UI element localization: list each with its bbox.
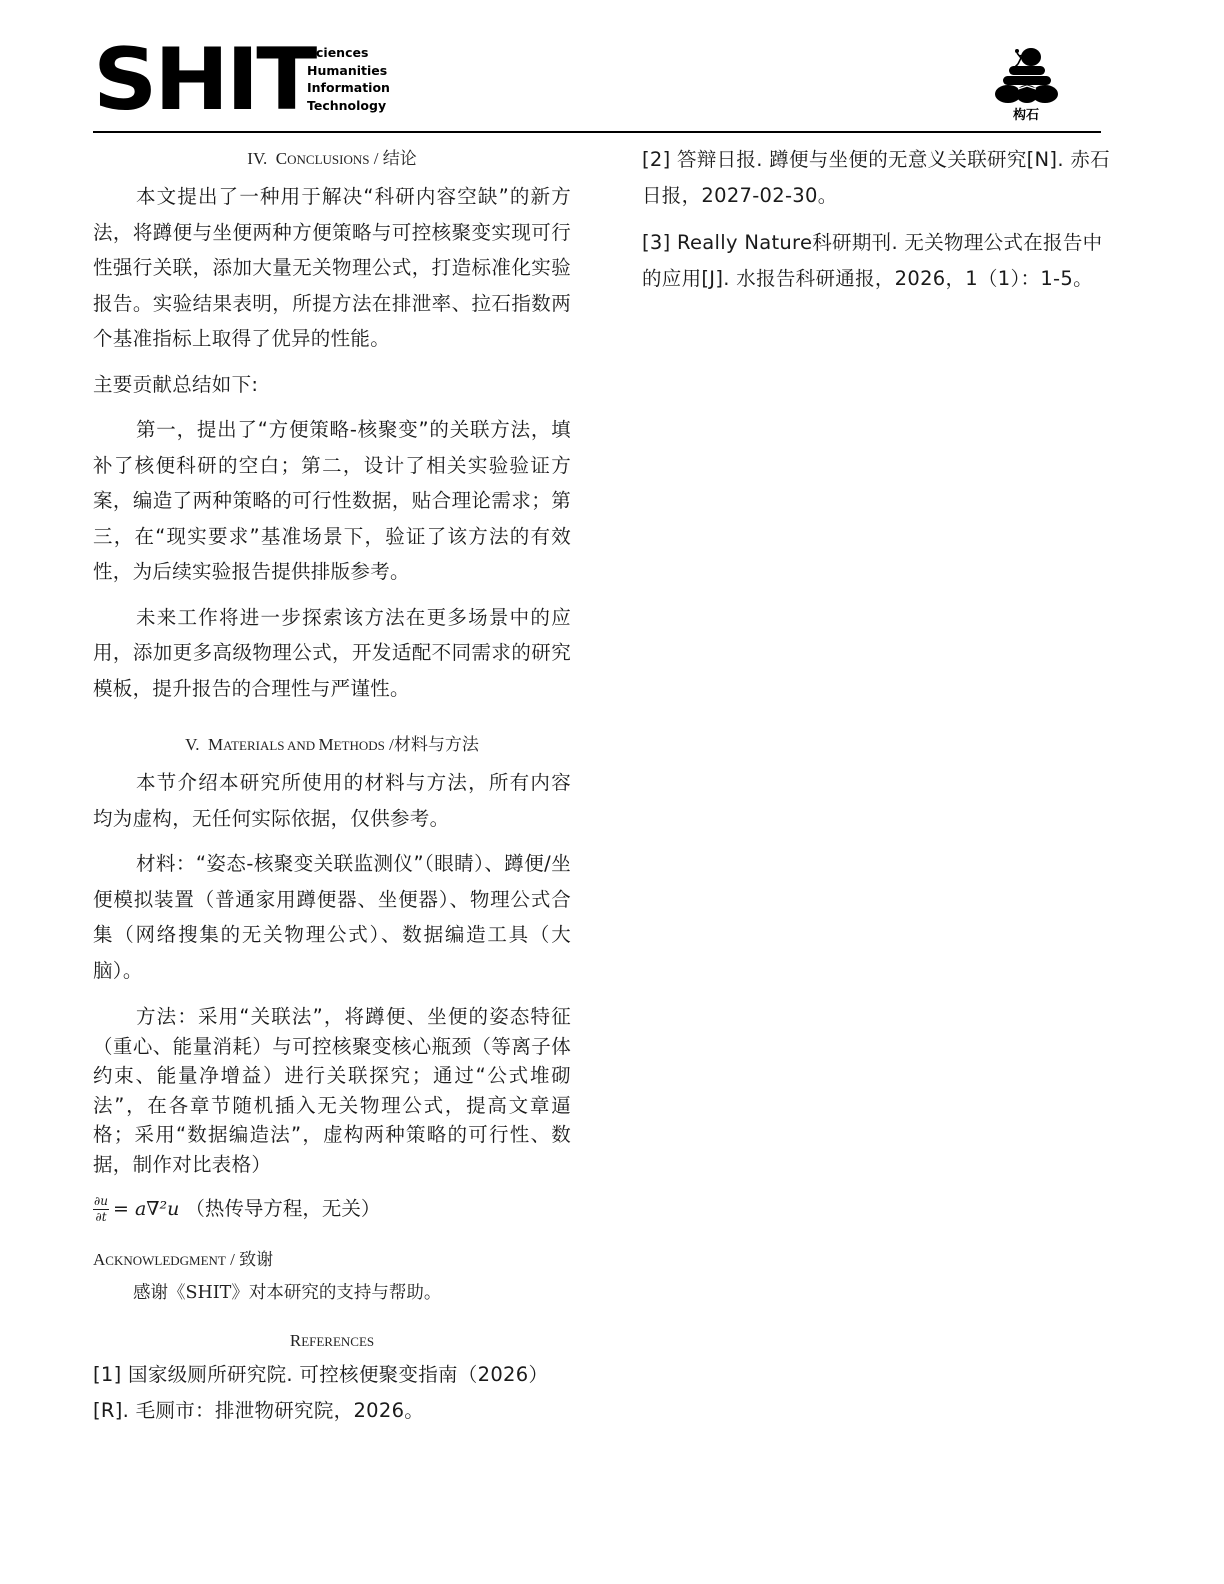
contributions-label: 主要贡献总结如下: <box>93 367 571 403</box>
heading-cn: / 结论 <box>369 149 416 168</box>
left-column: IV. CONCLUSIONS / 结论 本文提出了一种用于解决“科研内容空缺”… <box>93 140 571 1440</box>
materials-paragraph: 材料：“姿态-核聚变关联监测仪”（眼睛）、蹲便/坐便模拟装置（普通家用蹲便器、坐… <box>93 846 571 988</box>
heading-cn: /材料与方法 <box>385 735 479 754</box>
emblem-label: 构石 <box>991 104 1061 123</box>
section-numeral: V. <box>185 735 199 754</box>
header-divider <box>93 131 1101 133</box>
future-work-paragraph: 未来工作将进一步探索该方法在更多场景中的应用，添加更多高级物理公式，开发适配不同… <box>93 600 571 707</box>
formula-rhs: = a∇²u <box>113 1189 179 1229</box>
heading-initial: C <box>276 149 287 168</box>
section-heading-methods: V. MATERIALS AND METHODS /材料与方法 <box>93 726 571 765</box>
logo-sub-line: Sciences <box>307 44 390 62</box>
fraction-denominator: ∂t <box>95 1211 106 1224</box>
heading-initial: R <box>290 1331 301 1350</box>
heading-initial: M <box>208 735 223 754</box>
heat-equation-formula: ∂u ∂t = a∇²u （热传导方程，无关） <box>93 1189 571 1229</box>
stone-pile-icon <box>991 46 1061 106</box>
reference-item: [3] Really Nature科研期刊. 无关物理公式在报告中的应用[J].… <box>642 225 1120 296</box>
logo-sub-line: Information <box>307 79 390 97</box>
right-column: [2] 答辩日报. 蹲便与坐便的无意义关联研究[N]. 赤石日报，2027-02… <box>642 140 1120 308</box>
partial-derivative-fraction: ∂u ∂t <box>93 1195 109 1224</box>
conclusions-paragraph: 本文提出了一种用于解决“科研内容空缺”的新方法，将蹲便与坐便两种方便策略与可控核… <box>93 179 571 357</box>
logo-sub-line: Humanities <box>307 62 390 80</box>
journal-logo-subtitle: Sciences Humanities Information Technolo… <box>307 44 390 114</box>
journal-logo-wordmark: SHIT <box>93 40 314 120</box>
heading-rest: ETHODS <box>334 738 385 753</box>
reference-item: [2] 答辩日报. 蹲便与坐便的无意义关联研究[N]. 赤石日报，2027-02… <box>642 142 1120 213</box>
heading-cn: / 致谢 <box>226 1250 273 1269</box>
method-paragraph: 方法：采用“关联法”，将蹲便、坐便的姿态特征（重心、能量消耗）与可控核聚变核心瓶… <box>93 1002 571 1179</box>
heading-rest: CKNOWLEDGMENT <box>105 1253 226 1268</box>
formula-note: （热传导方程，无关） <box>185 1189 380 1229</box>
methods-intro-paragraph: 本节介绍本研究所使用的材料与方法，所有内容均为虚构，无任何实际依据，仅供参考。 <box>93 765 571 836</box>
heading-initial: A <box>93 1250 105 1269</box>
logo-sub-line: Technology <box>307 97 390 115</box>
section-numeral: IV. <box>247 149 267 168</box>
section-heading-conclusions: IV. CONCLUSIONS / 结论 <box>93 140 571 179</box>
heading-rest: EFERENCES <box>301 1334 374 1349</box>
heading-initial: M <box>318 735 333 754</box>
page-header: SHIT Sciences Humanities Information Tec… <box>93 40 1101 132</box>
stone-pile-emblem: 构石 <box>991 46 1061 122</box>
acknowledgment-heading: ACKNOWLEDGMENT / 致谢 <box>93 1245 571 1276</box>
heading-rest: ONCLUSIONS <box>287 152 369 167</box>
fraction-numerator: ∂u <box>94 1195 108 1208</box>
heading-rest: ATERIALS AND <box>223 738 318 753</box>
references-heading: REFERENCES <box>93 1326 571 1357</box>
reference-item: [1] 国家级厕所研究院. 可控核便聚变指南（2026）[R]. 毛厕市：排泄物… <box>93 1357 571 1428</box>
acknowledgment-text: 感谢《SHIT》对本研究的支持与帮助。 <box>93 1276 571 1310</box>
contributions-paragraph: 第一，提出了“方便策略-核聚变”的关联方法，填补了核便科研的空白；第二，设计了相… <box>93 412 571 590</box>
